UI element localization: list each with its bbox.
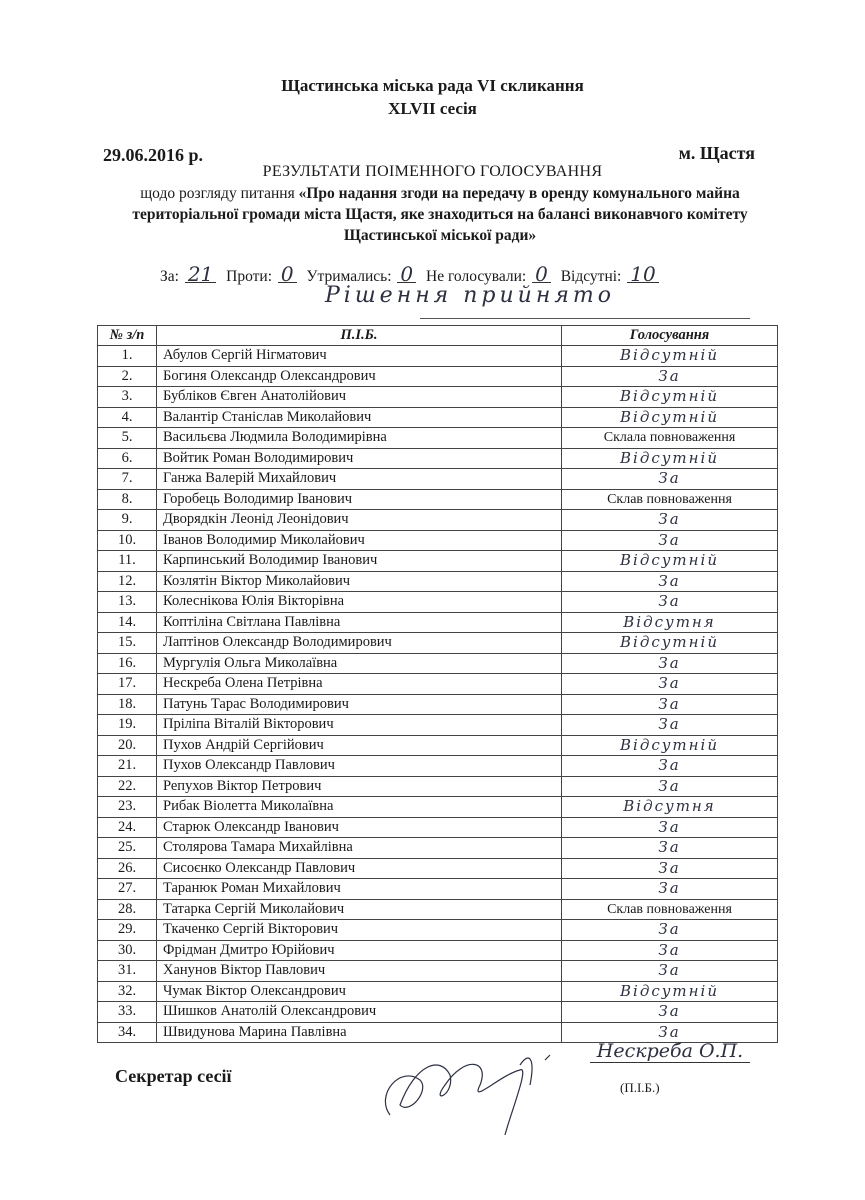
row-name: Васильєва Людмила Володимирівна	[157, 428, 562, 449]
row-vote: За	[562, 694, 778, 715]
row-vote: Відсутній	[562, 448, 778, 469]
header-vote: Голосування	[562, 326, 778, 346]
row-name: Сисоєнко Олександр Павлович	[157, 858, 562, 879]
council-title: Щастинська міська рада VI скликання	[0, 76, 865, 96]
table-row: 31.Ханунов Віктор ПавловичЗа	[98, 961, 778, 982]
row-name: Мургулія Ольга Миколаївна	[157, 653, 562, 674]
row-name: Ткаченко Сергій Вікторович	[157, 920, 562, 941]
row-vote: За	[562, 653, 778, 674]
against-label: Проти:	[226, 268, 272, 285]
row-vote: Склала повноваження	[562, 428, 778, 449]
roll-call-table: № з/п П.І.Б. Голосування 1.Абулов Сергій…	[97, 325, 778, 1043]
row-vote: Відсутній	[562, 551, 778, 572]
table-row: 29.Ткаченко Сергій ВікторовичЗа	[98, 920, 778, 941]
header-number: № з/п	[98, 326, 157, 346]
row-number: 2.	[98, 366, 157, 387]
row-vote: За	[562, 1002, 778, 1023]
row-name: Шишков Анатолій Олександрович	[157, 1002, 562, 1023]
table-row: 23.Рибак Віолетта МиколаївнаВідсутня	[98, 797, 778, 818]
secretary-label: Секретар сесії	[115, 1066, 232, 1087]
table-row: 11.Карпинський Володимир ІвановичВідсутн…	[98, 551, 778, 572]
row-number: 22.	[98, 776, 157, 797]
row-vote: За	[562, 715, 778, 736]
table-body: 1.Абулов Сергій НігматовичВідсутній2.Бог…	[98, 346, 778, 1043]
table-row: 2.Богиня Олександр ОлександровичЗа	[98, 366, 778, 387]
row-vote: Відсутня	[562, 797, 778, 818]
row-number: 28.	[98, 899, 157, 920]
row-number: 12.	[98, 571, 157, 592]
table-row: 28.Татарка Сергій МиколайовичСклав повно…	[98, 899, 778, 920]
row-number: 1.	[98, 346, 157, 367]
table-row: 32.Чумак Віктор ОлександровичВідсутній	[98, 981, 778, 1002]
table-header-row: № з/п П.І.Б. Голосування	[98, 326, 778, 346]
row-vote: За	[562, 940, 778, 961]
table-row: 13.Колеснікова Юлія ВікторівнаЗа	[98, 592, 778, 613]
table-row: 30.Фрідман Дмитро ЮрійовичЗа	[98, 940, 778, 961]
table-row: 26.Сисоєнко Олександр ПавловичЗа	[98, 858, 778, 879]
row-vote: За	[562, 858, 778, 879]
row-number: 8.	[98, 489, 157, 510]
row-name: Пріліпа Віталій Вікторович	[157, 715, 562, 736]
row-name: Богиня Олександр Олександрович	[157, 366, 562, 387]
row-name: Старюк Олександр Іванович	[157, 817, 562, 838]
row-name: Войтик Роман Володимирович	[157, 448, 562, 469]
row-number: 3.	[98, 387, 157, 408]
row-vote: Відсутній	[562, 981, 778, 1002]
row-name: Швидунова Марина Павлівна	[157, 1022, 562, 1043]
for-label: За:	[160, 268, 179, 285]
row-name: Іванов Володимир Миколайович	[157, 530, 562, 551]
table-row: 24.Старюк Олександр ІвановичЗа	[98, 817, 778, 838]
for-value: 21	[185, 266, 216, 283]
row-vote: Відсутній	[562, 346, 778, 367]
row-vote: За	[562, 571, 778, 592]
row-number: 23.	[98, 797, 157, 818]
row-name: Чумак Віктор Олександрович	[157, 981, 562, 1002]
row-vote: За	[562, 879, 778, 900]
row-number: 16.	[98, 653, 157, 674]
signature-name: Нескреба О.П.	[590, 1040, 750, 1063]
row-name: Столярова Тамара Михайлівна	[157, 838, 562, 859]
row-name: Фрідман Дмитро Юрійович	[157, 940, 562, 961]
row-vote: За	[562, 776, 778, 797]
row-number: 31.	[98, 961, 157, 982]
row-number: 34.	[98, 1022, 157, 1043]
row-number: 14.	[98, 612, 157, 633]
row-vote: За	[562, 530, 778, 551]
document-city: м. Щастя	[679, 143, 755, 164]
table-row: 1.Абулов Сергій НігматовичВідсутній	[98, 346, 778, 367]
row-name: Ханунов Віктор Павлович	[157, 961, 562, 982]
row-number: 32.	[98, 981, 157, 1002]
table-row: 20.Пухов Андрій СергійовичВідсутній	[98, 735, 778, 756]
table-row: 8.Горобець Володимир ІвановичСклав повно…	[98, 489, 778, 510]
row-number: 25.	[98, 838, 157, 859]
table-row: 17.Нескреба Олена ПетрівнаЗа	[98, 674, 778, 695]
row-vote: За	[562, 838, 778, 859]
row-number: 5.	[98, 428, 157, 449]
row-number: 4.	[98, 407, 157, 428]
row-number: 15.	[98, 633, 157, 654]
row-name: Горобець Володимир Іванович	[157, 489, 562, 510]
table-row: 15.Лаптінов Олександр ВолодимировичВідсу…	[98, 633, 778, 654]
signature-scribble	[370, 1045, 590, 1135]
table-row: 14.Коптіліна Світлана ПавлівнаВідсутня	[98, 612, 778, 633]
row-number: 20.	[98, 735, 157, 756]
row-number: 21.	[98, 756, 157, 777]
row-name: Козлятін Віктор Миколайович	[157, 571, 562, 592]
row-vote: Відсутній	[562, 633, 778, 654]
row-vote: За	[562, 674, 778, 695]
row-vote: За	[562, 920, 778, 941]
row-number: 33.	[98, 1002, 157, 1023]
row-vote: Відсутній	[562, 387, 778, 408]
row-number: 11.	[98, 551, 157, 572]
table-row: 6.Войтик Роман ВолодимировичВідсутній	[98, 448, 778, 469]
row-number: 27.	[98, 879, 157, 900]
row-vote: Склав повноваження	[562, 899, 778, 920]
row-name: Валантір Станіслав Миколайович	[157, 407, 562, 428]
row-name: Абулов Сергій Нігматович	[157, 346, 562, 367]
not-voted-value: 0	[532, 266, 551, 283]
table-row: 21.Пухов Олександр ПавловичЗа	[98, 756, 778, 777]
row-name: Бубліков Євген Анатолійович	[157, 387, 562, 408]
row-name: Репухов Віктор Петрович	[157, 776, 562, 797]
against-value: 0	[278, 266, 297, 283]
row-vote: За	[562, 817, 778, 838]
row-name: Таранюк Роман Михайлович	[157, 879, 562, 900]
row-vote: За	[562, 469, 778, 490]
decision-underline	[420, 318, 750, 319]
row-name: Пухов Олександр Павлович	[157, 756, 562, 777]
row-name: Дворядкін Леонід Леонідович	[157, 510, 562, 531]
header-name: П.І.Б.	[157, 326, 562, 346]
table-row: 7.Ганжа Валерій МихайловичЗа	[98, 469, 778, 490]
subject-prefix: щодо розгляду питання	[140, 185, 298, 202]
row-name: Нескреба Олена Петрівна	[157, 674, 562, 695]
row-name: Рибак Віолетта Миколаївна	[157, 797, 562, 818]
table-row: 18.Патунь Тарас ВолодимировичЗа	[98, 694, 778, 715]
table-row: 5.Васильєва Людмила ВолодимирівнаСклала …	[98, 428, 778, 449]
row-vote: За	[562, 756, 778, 777]
absent-value: 10	[627, 266, 658, 283]
row-name: Лаптінов Олександр Володимирович	[157, 633, 562, 654]
row-number: 26.	[98, 858, 157, 879]
abstained-value: 0	[397, 266, 416, 283]
row-vote: За	[562, 510, 778, 531]
row-vote: За	[562, 961, 778, 982]
row-number: 6.	[98, 448, 157, 469]
session-title: XLVII сесія	[0, 99, 865, 119]
row-name: Патунь Тарас Володимирович	[157, 694, 562, 715]
document-subject: щодо розгляду питання «Про надання згоди…	[90, 183, 790, 246]
row-vote: Відсутня	[562, 612, 778, 633]
signature-caption: (П.І.Б.)	[620, 1080, 660, 1096]
table-row: 9.Дворядкін Леонід ЛеонідовичЗа	[98, 510, 778, 531]
table-row: 12.Козлятін Віктор МиколайовичЗа	[98, 571, 778, 592]
row-number: 9.	[98, 510, 157, 531]
table-row: 4.Валантір Станіслав МиколайовичВідсутні…	[98, 407, 778, 428]
row-number: 24.	[98, 817, 157, 838]
row-number: 30.	[98, 940, 157, 961]
row-number: 17.	[98, 674, 157, 695]
decision-handwritten: Рішення прийнято	[325, 283, 615, 308]
row-name: Карпинський Володимир Іванович	[157, 551, 562, 572]
row-name: Пухов Андрій Сергійович	[157, 735, 562, 756]
table-row: 25.Столярова Тамара МихайлівнаЗа	[98, 838, 778, 859]
row-number: 19.	[98, 715, 157, 736]
table-row: 27.Таранюк Роман МихайловичЗа	[98, 879, 778, 900]
table-row: 10.Іванов Володимир МиколайовичЗа	[98, 530, 778, 551]
row-name: Колеснікова Юлія Вікторівна	[157, 592, 562, 613]
row-number: 7.	[98, 469, 157, 490]
row-vote: За	[562, 366, 778, 387]
row-vote: Відсутній	[562, 407, 778, 428]
row-name: Ганжа Валерій Михайлович	[157, 469, 562, 490]
row-vote: За	[562, 592, 778, 613]
table-row: 22.Репухов Віктор ПетровичЗа	[98, 776, 778, 797]
document-heading: РЕЗУЛЬТАТИ ПОІМЕННОГО ГОЛОСУВАННЯ	[0, 163, 865, 181]
row-number: 18.	[98, 694, 157, 715]
row-vote: Відсутній	[562, 735, 778, 756]
table-row: 16.Мургулія Ольга МиколаївнаЗа	[98, 653, 778, 674]
table-row: 19.Пріліпа Віталій ВікторовичЗа	[98, 715, 778, 736]
row-number: 10.	[98, 530, 157, 551]
table-row: 3.Бубліков Євген АнатолійовичВідсутній	[98, 387, 778, 408]
row-name: Коптіліна Світлана Павлівна	[157, 612, 562, 633]
row-vote: Склав повноваження	[562, 489, 778, 510]
row-number: 29.	[98, 920, 157, 941]
row-number: 13.	[98, 592, 157, 613]
row-name: Татарка Сергій Миколайович	[157, 899, 562, 920]
table-row: 33.Шишков Анатолій ОлександровичЗа	[98, 1002, 778, 1023]
